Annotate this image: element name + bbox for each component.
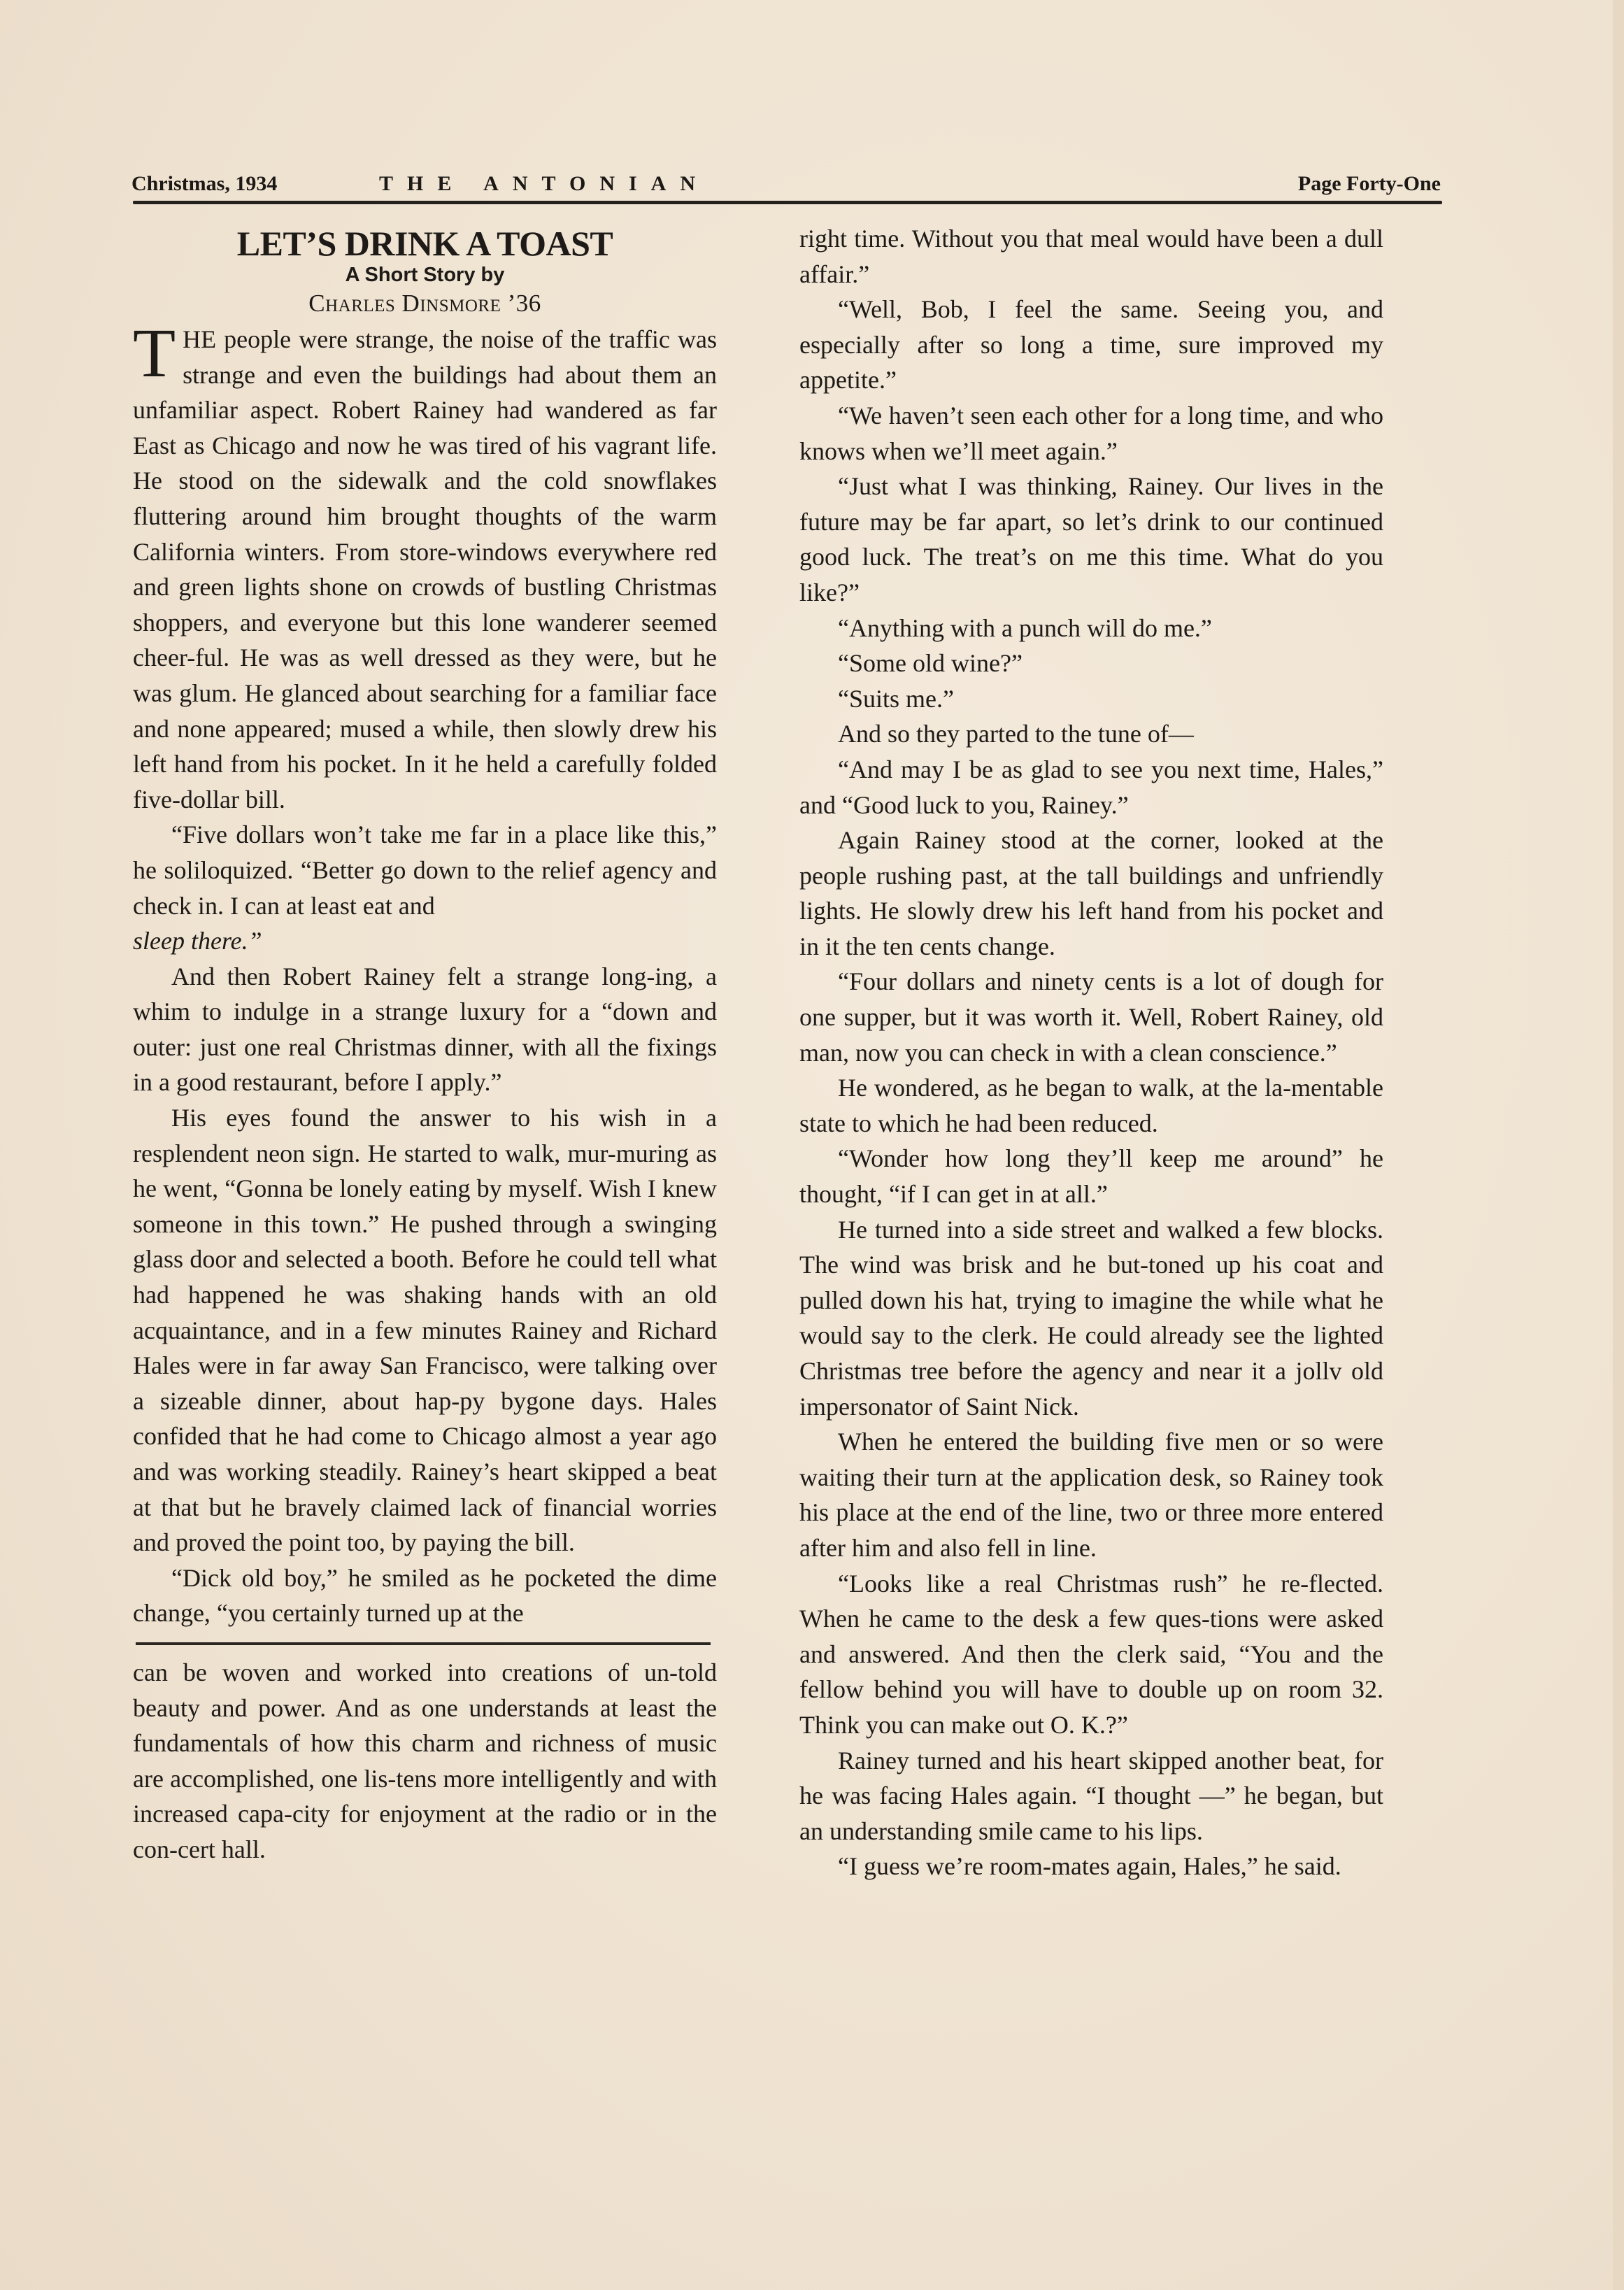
- paragraph: “Well, Bob, I feel the same. Seeing you,…: [799, 292, 1383, 398]
- drop-cap: T: [133, 326, 176, 381]
- paragraph: Again Rainey stood at the corner, looked…: [799, 823, 1383, 964]
- paragraph: “Four dollars and ninety cents is a lot …: [799, 964, 1383, 1070]
- paragraph: “And may I be as glad to see you next ti…: [799, 752, 1383, 823]
- paragraph: “We haven’t seen each other for a long t…: [799, 398, 1383, 469]
- publication-title: THE ANTONIAN: [131, 172, 957, 196]
- paragraph: THE people were strange, the noise of th…: [133, 322, 717, 817]
- right-column: right time. Without you that meal would …: [799, 221, 1383, 1884]
- paragraph: “Just what I was thinking, Rainey. Our l…: [799, 469, 1383, 610]
- paragraph: “Five dollars won’t take me far in a pla…: [133, 817, 717, 923]
- paragraph: “I guess we’re room-mates again, Hales,”…: [799, 1849, 1383, 1884]
- paragraph-continuation: sleep there.”: [133, 923, 717, 959]
- paragraph: Rainey turned and his heart skipped anot…: [799, 1743, 1383, 1849]
- paragraph: When he entered the building five men or…: [799, 1424, 1383, 1565]
- paragraph: His eyes found the answer to his wish in…: [133, 1100, 717, 1560]
- article-byline: Charles Dinsmore ’36: [133, 287, 717, 320]
- paragraph: “Anything with a punch will do me.”: [799, 611, 1383, 646]
- page-edge: [1613, 0, 1624, 2290]
- article-subtitle: A Short Story by: [133, 263, 717, 287]
- paragraph: “Some old wine?”: [799, 646, 1383, 681]
- section-divider: [136, 1642, 711, 1645]
- paragraph: “Wonder how long they’ll keep me around”…: [799, 1141, 1383, 1211]
- article-title: LET’S DRINK A TOAST: [133, 224, 717, 263]
- paragraph: right time. Without you that meal would …: [799, 221, 1383, 292]
- continued-article-text: can be woven and worked into creations o…: [133, 1655, 717, 1868]
- paragraph: “Suits me.”: [799, 681, 1383, 717]
- paragraph: “Looks like a real Christmas rush” he re…: [799, 1566, 1383, 1743]
- paragraph: And so they parted to the tune of—: [799, 716, 1383, 752]
- page-number: Page Forty-One: [1298, 172, 1441, 196]
- paragraph: “Dick old boy,” he smiled as he pocketed…: [133, 1560, 717, 1631]
- paragraph: He wondered, as he began to walk, at the…: [799, 1070, 1383, 1141]
- paragraph: And then Robert Rainey felt a strange lo…: [133, 959, 717, 1100]
- running-head: Christmas, 1934 THE ANTONIAN Page Forty-…: [131, 172, 1441, 200]
- paragraph: He turned into a side street and walked …: [799, 1212, 1383, 1425]
- left-column: LET’S DRINK A TOAST A Short Story by Cha…: [133, 221, 717, 1868]
- header-rule: [133, 201, 1442, 204]
